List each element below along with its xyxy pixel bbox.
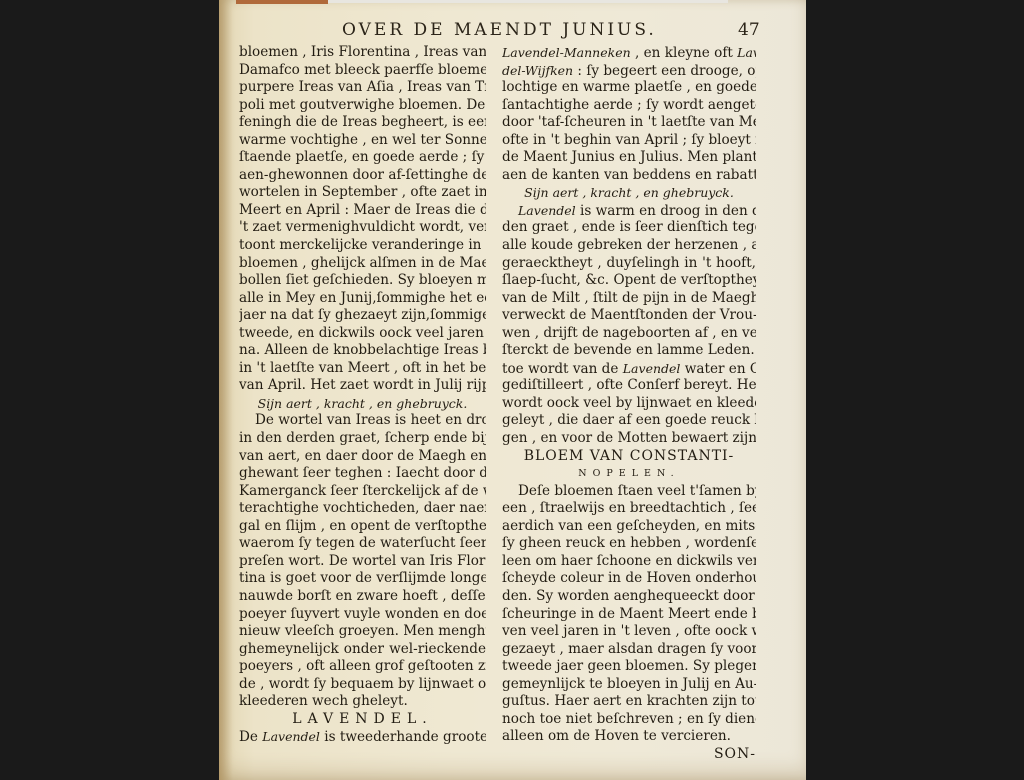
text-fragment: : ſy begeert een drooge, open- [573, 63, 756, 79]
text-fragment: De [239, 729, 262, 745]
text-line: den graet , ende is ſeer dienſtich tegen [502, 219, 756, 237]
text-line: aen de kanten van beddens en rabatten. [502, 167, 756, 185]
text-line: ofte in 't beghin van April ; ſy bloeyt … [502, 132, 756, 150]
text-line: 't zaet vermenighvuldicht wordt, ver- [239, 219, 486, 237]
text-line: leen om haer ſchoone en dickwils ver- [502, 553, 756, 571]
section-heading: Sijn aert , kracht , en ghebruyck. [502, 184, 756, 202]
text-line: Kamerganck ſeer ſterckelijck af de wa- [239, 483, 486, 501]
text-line: warme vochtighe , en wel ter Sonne [239, 132, 486, 150]
catchword: SON- [502, 746, 756, 764]
text-line: Meert en April : Maer de Ireas die door [239, 202, 486, 220]
text-line: verweckt de Maentſtonden der Vrou- [502, 307, 756, 325]
text-line: gediſtilleert , ofte Conſerf bereyt. Het [502, 377, 756, 395]
text-line: den. Sy worden aenghequeeckt door af- [502, 588, 756, 606]
right-column: Lavendel-Manneken , en kleyne oft Laven-… [502, 44, 756, 763]
text-line: tweede, en dickwils oock veel jaren daer [239, 325, 486, 343]
text-line: een , ſtraelwijs en breedtachtich , ſeer [502, 500, 756, 518]
left-column: bloemen , Iris Florentina , Ireas vanDam… [239, 44, 486, 746]
text-line: wen , drijft de nageboorten af , en ver- [502, 325, 756, 343]
text-line: ven veel jaren in 't leven , ofte oock w… [502, 623, 756, 641]
text-line: door 'taf-ſcheuren in 't laetſte van Mee… [502, 114, 756, 132]
text-fragment: , en kleyne oft [631, 45, 738, 61]
text-line: van de Milt , ſtilt de pijn in de Maegh, [502, 290, 756, 308]
text-line: alle in Mey en Junij,ſommighe het eerſte [239, 290, 486, 308]
text-line: bollen ſiet geſchieden. Sy bloeyen meeſt [239, 272, 486, 290]
text-line: nauwde borſt en zware hoeft , deſſelfs [239, 588, 486, 606]
text-line: kleederen wech gheleyt. [239, 693, 486, 711]
page-edge-strip-light [328, 0, 728, 3]
text-line: ſterckt de bevende en lamme Leden. Hier [502, 342, 756, 360]
text-line: ſantachtighe aerde ; ſy wordt aengeteelt [502, 97, 756, 115]
text-line: Lavendel-Manneken , en kleyne oft Laven- [502, 44, 756, 62]
text-line: in 't laetſte van Meert , oft in het beg… [239, 360, 486, 378]
text-line: terachtighe vochticheden, daer naer oock [239, 500, 486, 518]
text-line: tweede jaer geen bloemen. Sy plegen [502, 658, 756, 676]
text-line: aen-ghewonnen door af-ſettinghe der [239, 167, 486, 185]
text-line: in den derden graet, ſcherp ende bijtend… [239, 430, 486, 448]
text-line: toont merckelijcke veranderinge in haer [239, 237, 486, 255]
text-line: feningh die de Ireas begheert, is een [239, 114, 486, 132]
text-line: na. Alleen de knobbelachtige Ireas bloey… [239, 342, 486, 360]
section-subheading: NOPELEN. [502, 465, 756, 483]
italic-term: del-Wijfken [502, 63, 573, 78]
text-fragment: toe wordt van de [502, 361, 623, 377]
text-line: De wortel van Ireas is heet en droogh [239, 412, 486, 430]
page-number: 47 [738, 20, 760, 40]
text-line: guſtus. Haer aert en krachten zijn tot [502, 693, 756, 711]
text-line: tina is goet voor de verſlijmde longe, b… [239, 570, 486, 588]
text-line: van April. Het zaet wordt in Julij rijp. [239, 377, 486, 395]
text-line: gemeynlijck te bloeyen in Julij en Au- [502, 676, 756, 694]
page-edge-strip [236, 0, 328, 4]
text-line: poli met goutverwighe bloemen. De oef- [239, 97, 486, 115]
italic-term: Lavendel [262, 729, 320, 744]
text-line: ſlaep-ſucht, &c. Opent de verſtoptheydt [502, 272, 756, 290]
text-line: gezaeyt , maer alsdan dragen ſy voor het [502, 641, 756, 659]
text-line: del-Wijfken : ſy begeert een drooge, ope… [502, 62, 756, 80]
text-line: wortelen in September , ofte zaet in [239, 184, 486, 202]
text-line: Damafco met bleeck paerfſe bloemen, [239, 62, 486, 80]
text-line: alle koude gebreken der herzenen , als [502, 237, 756, 255]
text-line: gal en ſlijm , en opent de verſtoptheden… [239, 518, 486, 536]
running-head: OVER DE MAENDT JUNIUS. [342, 20, 657, 40]
text-line: ſcheyde coleur in de Hoven onderhou- [502, 570, 756, 588]
text-line: van aert, en daer door de Maegh en 'tIn- [239, 448, 486, 466]
italic-term: Lavendel [623, 361, 681, 376]
text-line: de , wordt ſy bequaem by lijnwaet ofte [239, 676, 486, 694]
text-line: de Maent Junius en Julius. Men plantſe [502, 149, 756, 167]
text-line: ſcheuringe in de Maent Meert ende blij- [502, 606, 756, 624]
text-line: aerdich van een geſcheyden, en mitsdien [502, 518, 756, 536]
italic-term: Laven- [737, 45, 756, 60]
text-line: De Lavendel is tweederhande groote oft [239, 728, 486, 746]
text-line: ſy gheen reuck en hebben , wordenſe al- [502, 535, 756, 553]
text-line: purpere Ireas van Aſia , Ireas van Tri- [239, 79, 486, 97]
text-line: jaer na dat ſy ghezaeyt zijn,ſommige het [239, 307, 486, 325]
section-heading-bloem: BLOEM VAN CONSTANTI- [502, 448, 756, 466]
text-line: poeyer ſuyvert vuyle wonden en doet [239, 606, 486, 624]
text-fragment: is warm en droog in den der- [576, 203, 756, 219]
italic-term: Lavendel [518, 203, 576, 218]
text-line: lochtige en warme plaetſe , en goede [502, 79, 756, 97]
text-line: geraecktheyt , duyſelingh in 't hooft, [502, 255, 756, 273]
text-fragment: is tweederhande groote oft [320, 729, 486, 745]
text-line: ghewant ſeer teghen : Iaecht door den [239, 465, 486, 483]
text-line: noch toe niet beſchreven ; en ſy dienen [502, 711, 756, 729]
text-line: gen , en voor de Motten bewaert zijn. [502, 430, 756, 448]
text-line: preſen wort. De wortel van Iris Floren- [239, 553, 486, 571]
section-heading-lavendel: LAVENDEL. [239, 711, 486, 729]
text-line: Deſe bloemen ſtaen veel t'ſamen by [502, 483, 756, 501]
italic-term: Lavendel-Manneken [502, 45, 631, 60]
text-line: geleyt , die daer af een goede reuck kri… [502, 412, 756, 430]
text-line: Lavendel is warm en droog in den der- [502, 202, 756, 220]
text-line: ghemeynelijck onder wel-rieckende [239, 641, 486, 659]
text-line: ſtaende plaetſe, en goede aerde ; ſy wor… [239, 149, 486, 167]
text-line: alleen om de Hoven te vercieren. [502, 728, 756, 746]
section-heading: Sijn aert , kracht , en ghebruyck. [239, 395, 486, 413]
text-line: bloemen , ghelijck alſmen in de Maen- [239, 255, 486, 273]
text-line: waerom ſy tegen de waterſucht ſeer ge- [239, 535, 486, 553]
text-line: toe wordt van de Lavendel water en Olie [502, 360, 756, 378]
text-line: bloemen , Iris Florentina , Ireas van [239, 44, 486, 62]
text-line: poeyers , oft alleen grof geſtooten zijn… [239, 658, 486, 676]
text-fragment: water en Olie [680, 361, 756, 377]
text-line: wordt oock veel by lijnwaet en kleeders [502, 395, 756, 413]
text-line: nieuw vleeſch groeyen. Men menghtſe [239, 623, 486, 641]
